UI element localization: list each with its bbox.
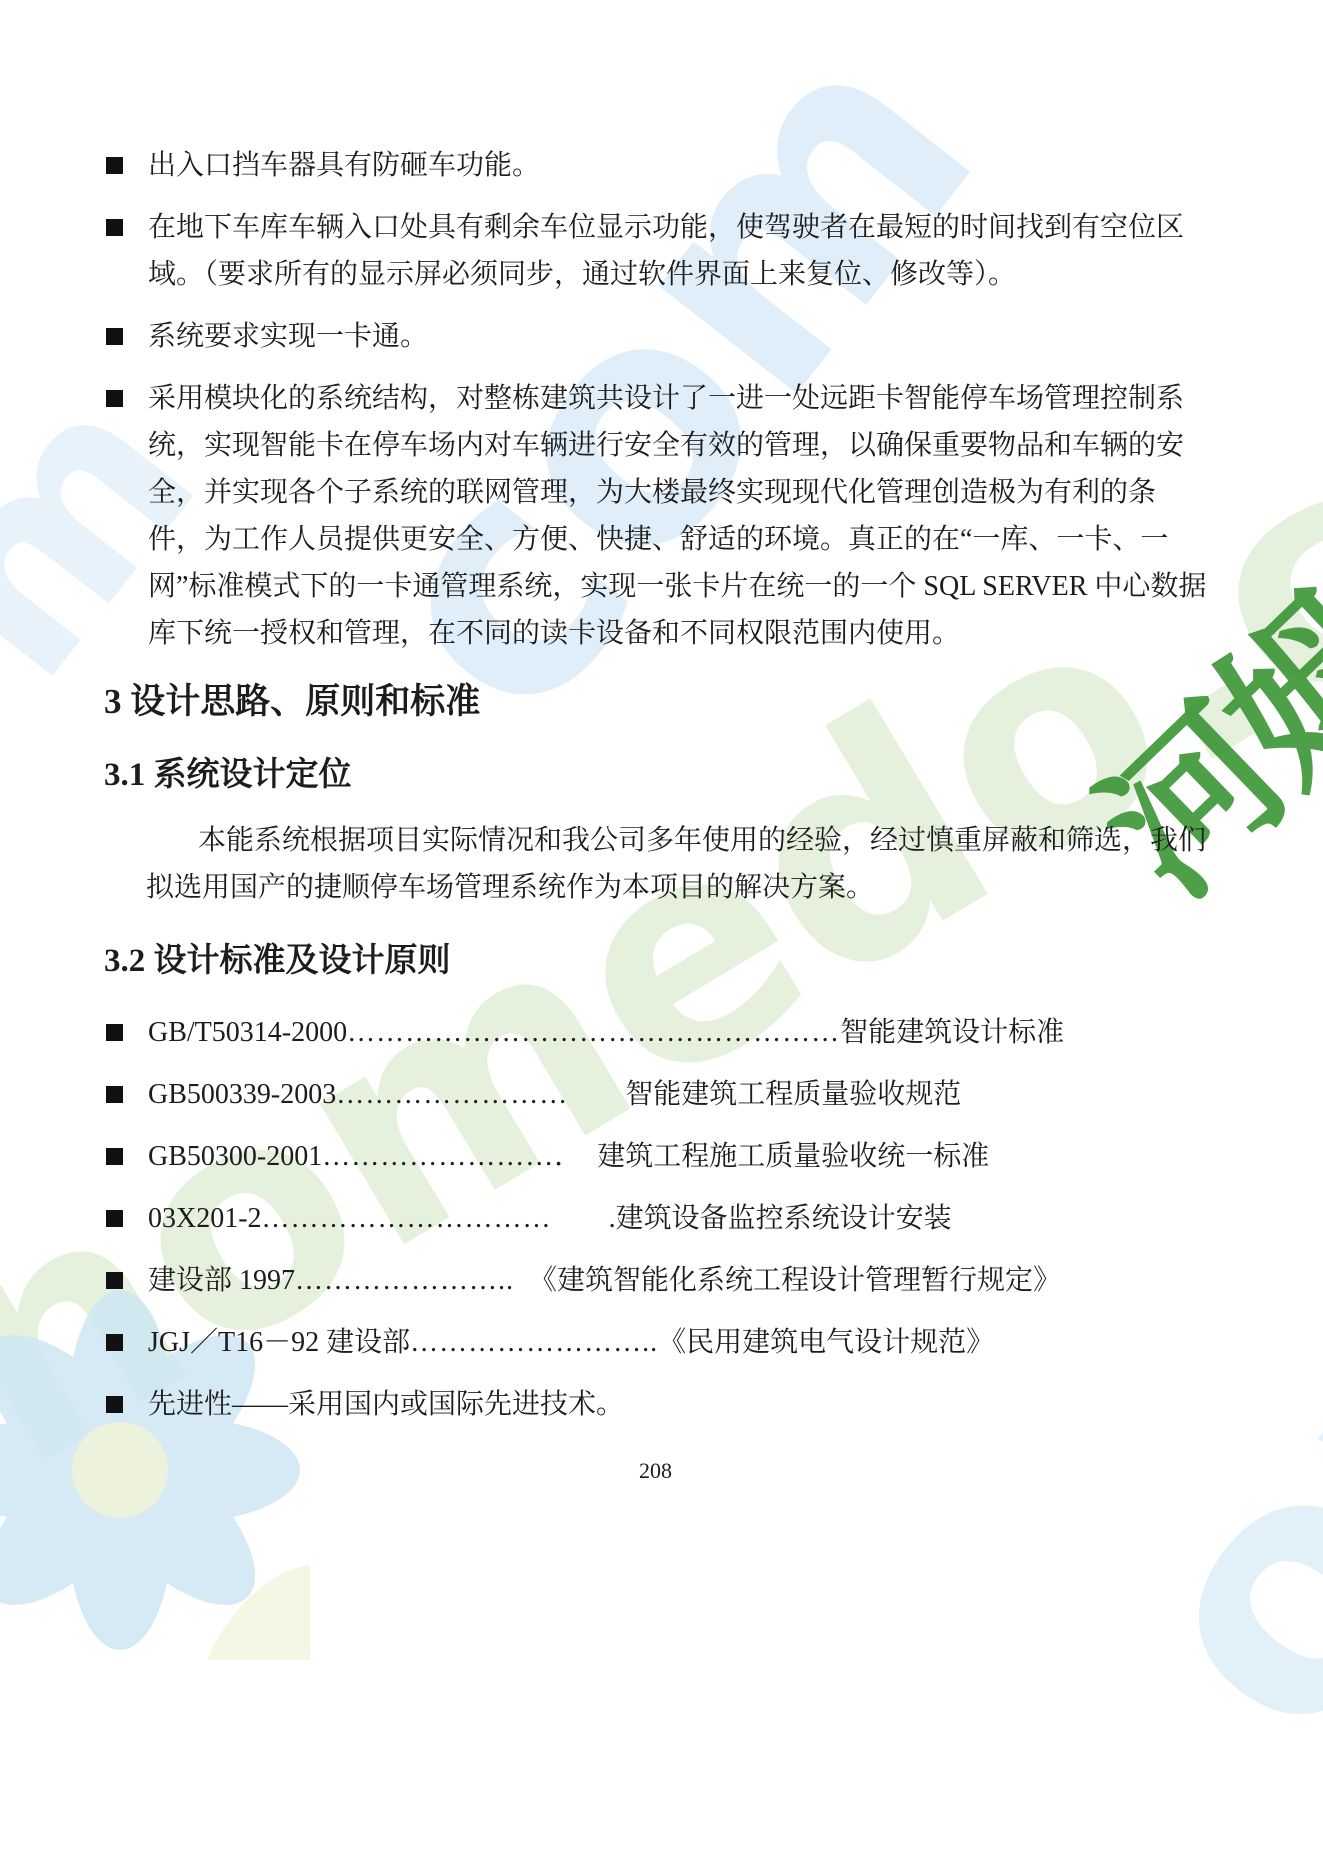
standard-title: 智能建筑工程质量验收规范 xyxy=(597,1079,961,1110)
standard-line: GB/T50314-2000……………………………………………智能建筑设计标准 xyxy=(148,1009,1207,1056)
standard-line: 建设部 1997………………….. 《建筑智能化系统工程设计管理暂行规定》 xyxy=(148,1257,1207,1304)
standard-list-item: GB/T50314-2000……………………………………………智能建筑设计标准 xyxy=(104,1009,1207,1056)
standard-title: .建筑设备监控系统设计安装 xyxy=(581,1203,952,1234)
standard-line: 先进性——采用国内或国际先进技术。 xyxy=(148,1381,1207,1428)
standard-title: 建筑工程施工质量验收统一标准 xyxy=(569,1141,989,1172)
dot-leader: …………………………………………… xyxy=(347,1017,840,1048)
standard-code: GB500339-2003 xyxy=(148,1079,336,1110)
standard-code: 03X201-2 xyxy=(148,1203,262,1234)
section-heading-3-1: 3.1 系统设计定位 xyxy=(104,753,1207,797)
square-bullet-icon xyxy=(106,1210,123,1227)
standard-title: 智能建筑设计标准 xyxy=(840,1017,1064,1048)
standard-list-item: 建设部 1997………………….. 《建筑智能化系统工程设计管理暂行规定》 xyxy=(104,1257,1207,1304)
standard-list-item: 先进性——采用国内或国际先进技术。 xyxy=(104,1381,1207,1428)
square-bullet-icon xyxy=(106,390,123,407)
standard-line: GB500339-2003…………………… 智能建筑工程质量验收规范 xyxy=(148,1071,1207,1118)
list-item-text: 采用模块化的系统结构，对整栋建筑共设计了一进一处远距卡智能停车场管理控制系统，实… xyxy=(148,375,1207,657)
dot-leader: ………………….. xyxy=(295,1265,543,1296)
square-bullet-icon xyxy=(106,1334,123,1351)
square-bullet-icon xyxy=(106,328,123,345)
square-bullet-icon xyxy=(106,1272,123,1289)
document-body: 出入口挡车器具有防砸车功能。 在地下车库车辆入口处具有剩余车位显示功能，使驾驶者… xyxy=(0,0,1323,1484)
dot-leader: …………………….. xyxy=(410,1327,658,1358)
square-bullet-icon xyxy=(106,219,123,236)
page-number: 208 xyxy=(104,1458,1207,1484)
standard-title: 《建筑智能化系统工程设计管理暂行规定》 xyxy=(543,1265,1061,1296)
standard-code: 建设部 1997 xyxy=(148,1265,295,1296)
section-heading-3: 3 设计思路、原则和标准 xyxy=(104,679,1207,725)
standard-code: 先进性——采用国内或国际先进技术。 xyxy=(148,1389,624,1420)
square-bullet-icon xyxy=(106,1148,123,1165)
list-item: 采用模块化的系统结构，对整栋建筑共设计了一进一处远距卡智能停车场管理控制系统，实… xyxy=(104,375,1207,657)
list-item: 出入口挡车器具有防砸车功能。 xyxy=(104,142,1207,189)
standard-line: 03X201-2………………………… .建筑设备监控系统设计安装 xyxy=(148,1195,1207,1242)
standard-list-item: GB500339-2003…………………… 智能建筑工程质量验收规范 xyxy=(104,1071,1207,1118)
standard-list-item: JGJ／T16－92 建设部……………………..《民用建筑电气设计规范》 xyxy=(104,1319,1207,1366)
standard-code: GB/T50314-2000 xyxy=(148,1017,347,1048)
section-heading-3-2: 3.2 设计标准及设计原则 xyxy=(104,939,1207,983)
square-bullet-icon xyxy=(106,1396,123,1413)
list-item-text: 系统要求实现一卡通。 xyxy=(148,313,1207,360)
square-bullet-icon xyxy=(106,157,123,174)
standard-list-item: 03X201-2………………………… .建筑设备监控系统设计安装 xyxy=(104,1195,1207,1242)
list-item: 在地下车库车辆入口处具有剩余车位显示功能，使驾驶者在最短的时间找到有空位区域。（… xyxy=(104,204,1207,298)
square-bullet-icon xyxy=(106,1086,123,1103)
standard-list-item: GB50300-2001……………………． 建筑工程施工质量验收统一标准 xyxy=(104,1133,1207,1180)
standard-line: JGJ／T16－92 建设部……………………..《民用建筑电气设计规范》 xyxy=(148,1319,1207,1366)
standard-code: GB50300-2001 xyxy=(148,1141,322,1172)
square-bullet-icon xyxy=(106,1024,123,1041)
list-item-text: 出入口挡车器具有防砸车功能。 xyxy=(148,142,1207,189)
standard-title: 《民用建筑电气设计规范》 xyxy=(658,1327,994,1358)
dot-leader: …………………… xyxy=(336,1079,597,1110)
dot-leader: ………………………… xyxy=(262,1203,581,1234)
list-item: 系统要求实现一卡通。 xyxy=(104,313,1207,360)
dot-leader: ……………………． xyxy=(322,1141,569,1172)
standard-line: GB50300-2001……………………． 建筑工程施工质量验收统一标准 xyxy=(148,1133,1207,1180)
standard-code: JGJ／T16－92 建设部 xyxy=(148,1327,410,1358)
section-3-1-paragraph: 本能系统根据项目实际情况和我公司多年使用的经验，经过慎重屏蔽和筛选，我们拟选用国… xyxy=(146,817,1207,911)
list-item-text: 在地下车库车辆入口处具有剩余车位显示功能，使驾驶者在最短的时间找到有空位区域。（… xyxy=(148,204,1207,298)
document-page: { "top_bullets": [ { "text": "出入口挡车器具有防砸… xyxy=(0,0,1323,1871)
